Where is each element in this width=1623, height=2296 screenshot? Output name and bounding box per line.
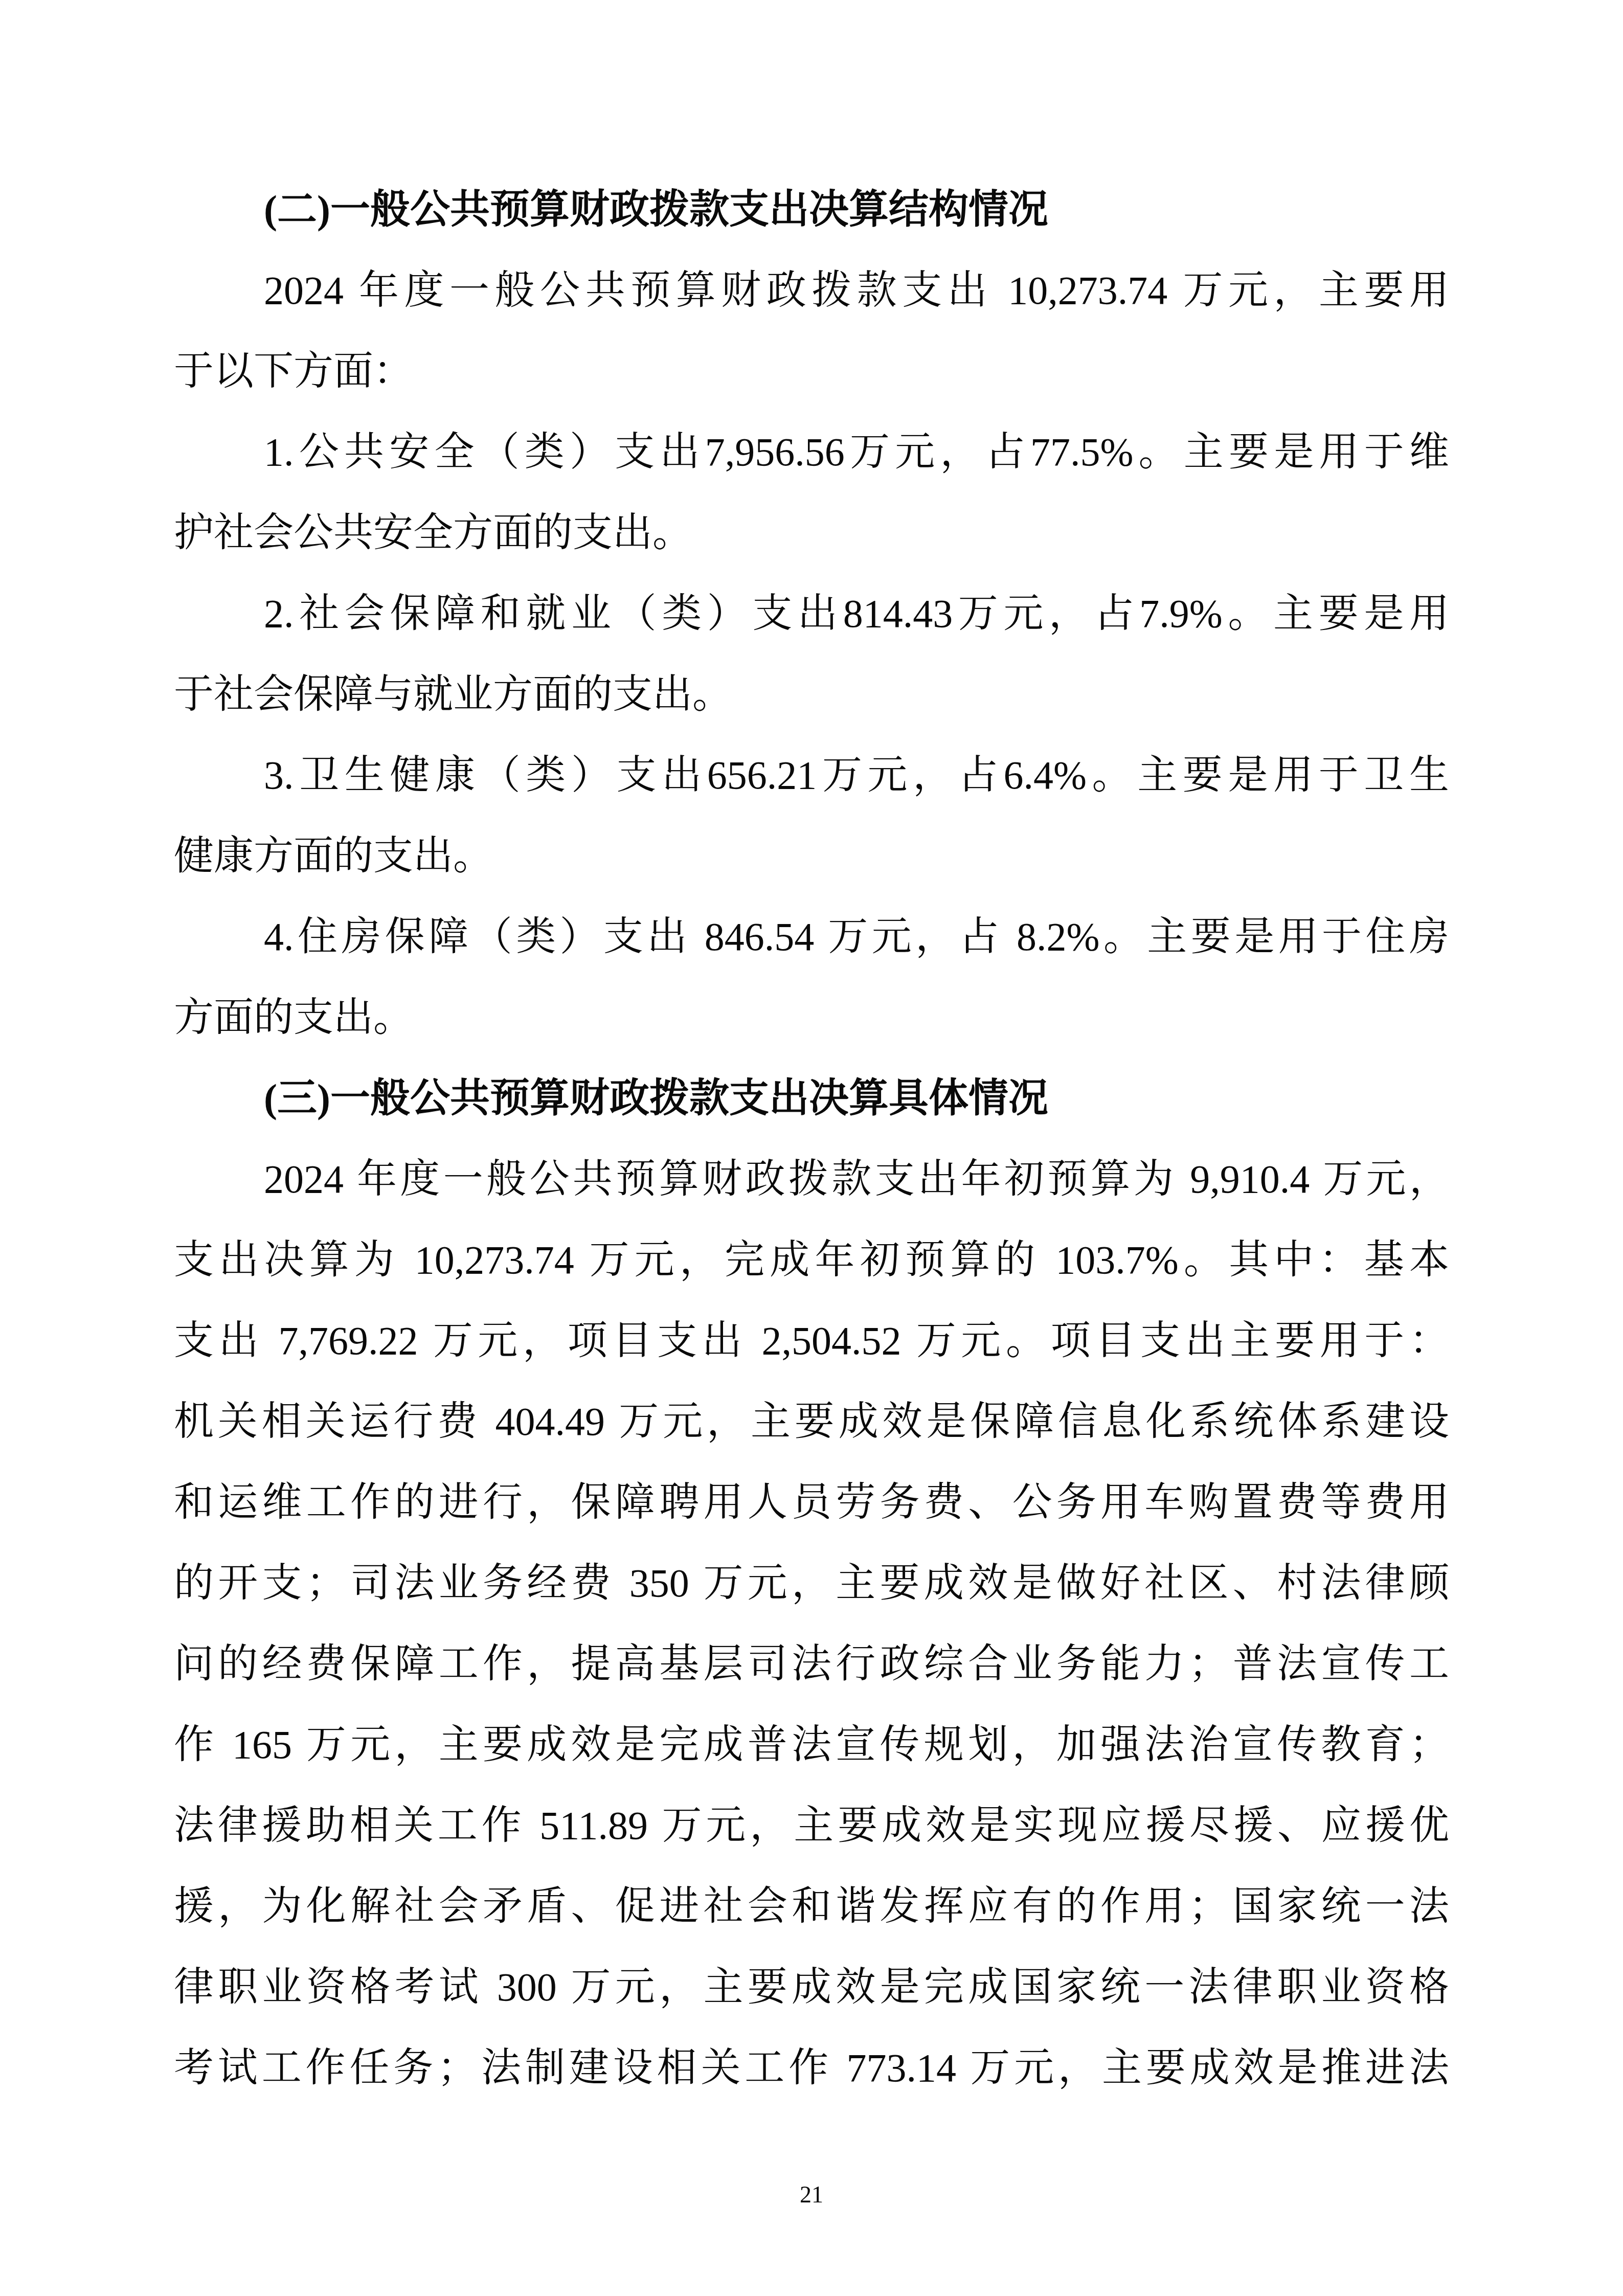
text-line: 3.卫生健康（类）支出656.21万元，占6.4%。主要是用于卫生: [174, 735, 1449, 816]
page-footer: 21: [0, 2179, 1623, 2210]
text-line: 机关相关运行费 404.49 万元，主要成效是保障信息化系统体系建设: [174, 1381, 1449, 1462]
text-line: 作 165 万元，主要成效是完成普法宣传规划，加强法治宣传教育；: [174, 1704, 1449, 1785]
text-line: 和运维工作的进行，保障聘用人员劳务费、公务用车购置费等费用: [174, 1462, 1449, 1543]
text-line: 的开支；司法业务经费 350 万元，主要成效是做好社区、村法律顾: [174, 1543, 1449, 1624]
text-line: 2024 年度一般公共预算财政拨款支出 10,273.74 万元，主要用: [174, 250, 1449, 331]
page-number: 21: [800, 2181, 823, 2208]
text-line: 于社会保障与就业方面的支出。: [174, 654, 1449, 735]
text-line: 考试工作任务；法制建设相关工作 773.14 万元，主要成效是推进法: [174, 2028, 1449, 2108]
text-line: 支出决算为 10,273.74 万元，完成年初预算的 103.7%。其中：基本: [174, 1220, 1449, 1300]
text-line: 1.公共安全（类）支出7,956.56万元，占77.5%。主要是用于维: [174, 412, 1449, 492]
text-line: 2024 年度一般公共预算财政拨款支出年初预算为 9,910.4 万元，: [174, 1139, 1449, 1220]
text-line: 律职业资格考试 300 万元，主要成效是完成国家统一法律职业资格: [174, 1947, 1449, 2028]
text-line: 方面的支出。: [174, 977, 1449, 1058]
section-heading: (二)一般公共预算财政拨款支出决算结构情况: [174, 169, 1449, 250]
text-line: 援，为化解社会矛盾、促进社会和谐发挥应有的作用；国家统一法: [174, 1866, 1449, 1947]
text-line: 2.社会保障和就业（类）支出814.43万元，占7.9%。主要是用: [174, 573, 1449, 654]
text-line: 护社会公共安全方面的支出。: [174, 492, 1449, 573]
text-line: 法律援助相关工作 511.89 万元，主要成效是实现应援尽援、应援优: [174, 1785, 1449, 1866]
text-line: 于以下方面：: [174, 331, 1449, 412]
text-line: 4.住房保障（类）支出 846.54 万元，占 8.2%。主要是用于住房: [174, 896, 1449, 977]
section-heading: (三)一般公共预算财政拨款支出决算具体情况: [174, 1058, 1449, 1139]
text-line: 健康方面的支出。: [174, 816, 1449, 896]
body-text: (二)一般公共预算财政拨款支出决算结构情况 2024 年度一般公共预算财政拨款支…: [174, 169, 1449, 2108]
text-line: 支出 7,769.22 万元，项目支出 2,504.52 万元。项目支出主要用于…: [174, 1300, 1449, 1381]
document-page: (二)一般公共预算财政拨款支出决算结构情况 2024 年度一般公共预算财政拨款支…: [0, 0, 1623, 2296]
text-line: 问的经费保障工作，提高基层司法行政综合业务能力；普法宣传工: [174, 1624, 1449, 1704]
